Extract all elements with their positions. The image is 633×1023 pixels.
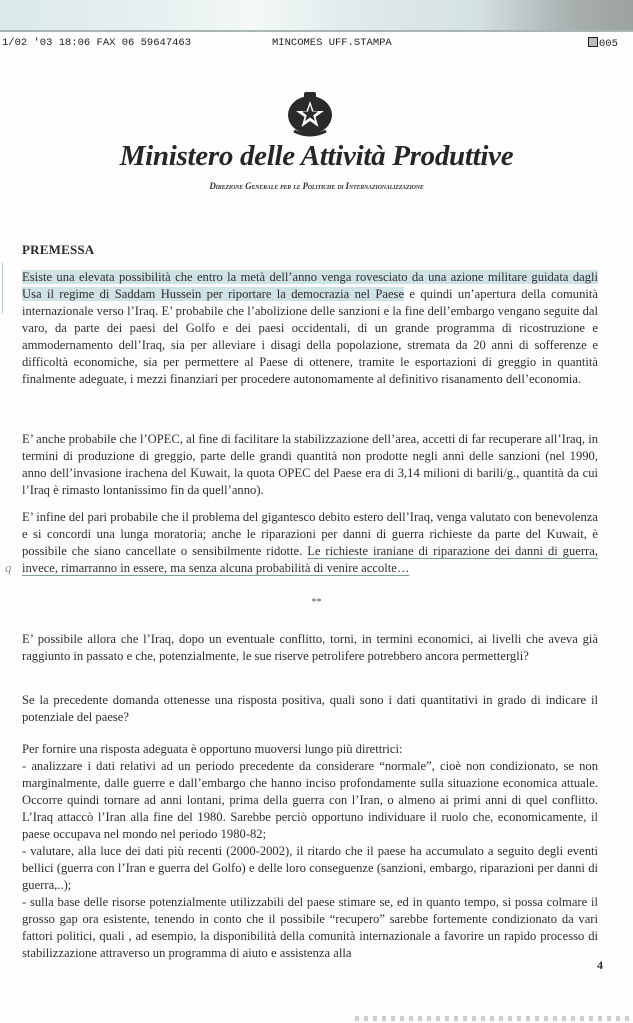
fax-datetime-number: 1/02 '03 18:06 FAX 06 59647463: [2, 37, 191, 49]
fax-scan-noise-band: [0, 0, 633, 32]
margin-pencil-mark: [2, 263, 3, 313]
paragraph-1: Esiste una elevata possibilità che entro…: [22, 269, 598, 388]
fax-page-box-icon: [588, 37, 598, 47]
fax-page-code: 005: [588, 37, 618, 50]
paragraph-2-text: E’ anche probabile che l’OPEC, al fine d…: [22, 431, 598, 499]
fax-page-code-value: 005: [599, 38, 618, 50]
section-separator: **: [0, 597, 633, 608]
section-heading: PREMESSA: [22, 242, 94, 258]
paragraph-4-text: E’ possibile allora che l’Iraq, dopo un …: [22, 631, 598, 665]
ministry-subtitle: Direzione Generale per le Politiche di I…: [0, 181, 633, 191]
list-item: - valutare, alla luce dei dati più recen…: [22, 843, 598, 894]
margin-handwritten-note: q: [5, 560, 12, 576]
paragraph-6: Per fornire una risposta adeguata è oppo…: [22, 741, 598, 962]
paragraph-4: E’ possibile allora che l’Iraq, dopo un …: [22, 631, 598, 665]
ministry-title: Ministero delle Attività Produttive: [0, 140, 633, 173]
paragraph-2: E’ anche probabile che l’OPEC, al fine d…: [22, 431, 598, 499]
page-number: 4: [597, 958, 603, 973]
fax-footer-faint-text: [355, 1016, 633, 1021]
italian-republic-emblem-icon: [284, 91, 336, 137]
paragraph-5: Se la precedente domanda ottenesse una r…: [22, 692, 598, 726]
paragraph-5-text: Se la precedente domanda ottenesse una r…: [22, 692, 598, 726]
list-item: - sulla base delle risorse potenzialment…: [22, 894, 598, 962]
fax-transmission-header: 1/02 '03 18:06 FAX 06 59647463 MINCOMES …: [0, 37, 633, 51]
fax-sender: MINCOMES UFF.STAMPA: [272, 37, 392, 49]
paragraph-1-rest: e quindi un’apertura della comunità inte…: [22, 287, 598, 386]
list-item: - analizzare i dati relativi ad un perio…: [22, 758, 598, 843]
paragraph-3: E’ infine del pari probabile che il prob…: [22, 509, 598, 577]
paragraph-6-intro: Per fornire una risposta adeguata è oppo…: [22, 741, 598, 758]
